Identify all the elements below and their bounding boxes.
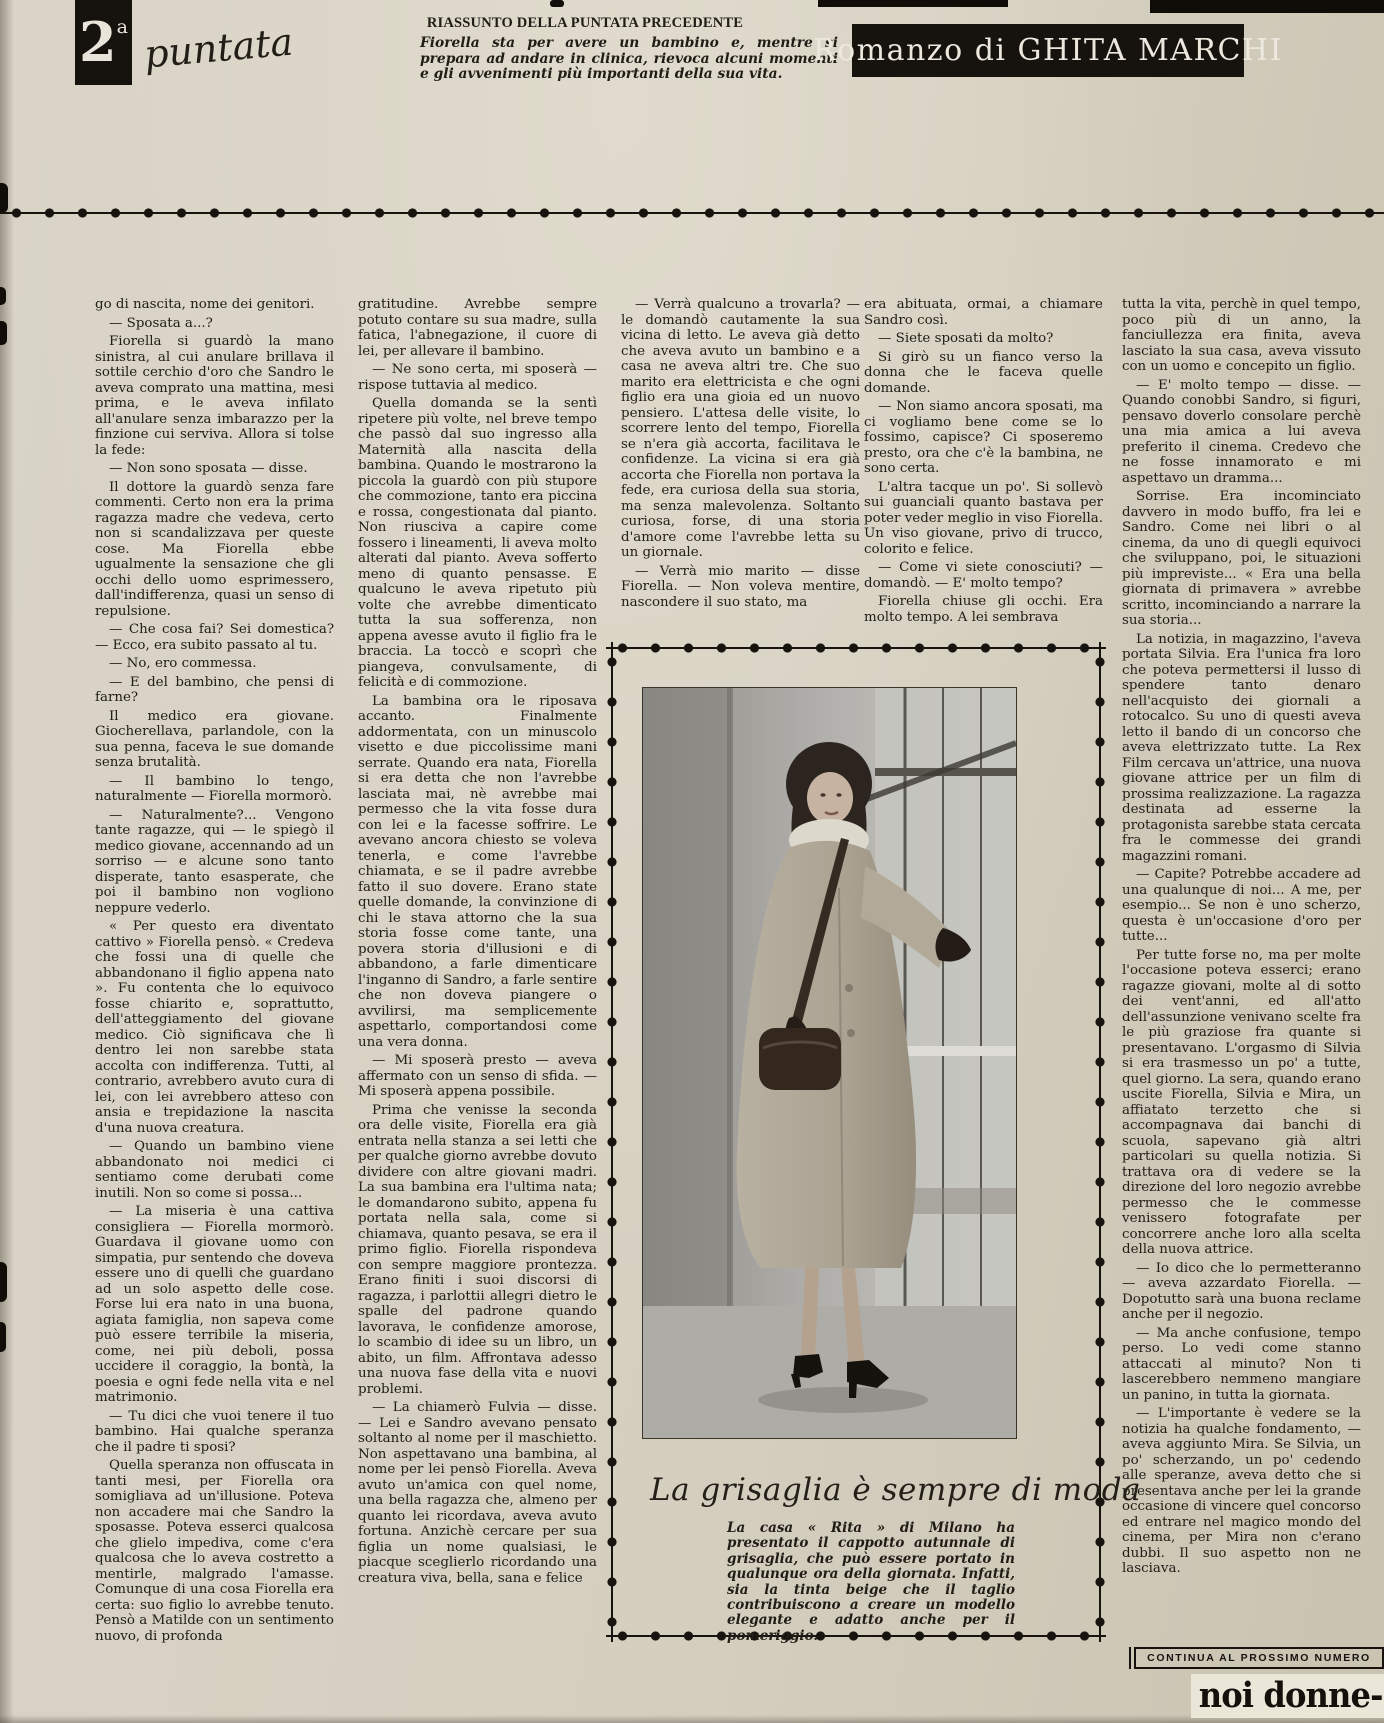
story-paragraph: — Ma anche confusione, tempo perso. Lo v… xyxy=(1122,1326,1361,1404)
fashion-box-border-left xyxy=(606,642,618,1642)
story-column-4: era abituata, ormai, a chiamare Sandro c… xyxy=(864,297,1103,639)
story-paragraph: Prima che venisse la seconda ora delle v… xyxy=(358,1103,597,1398)
recap-title: RIASSUNTO DELLA PUNTATA PRECEDENTE xyxy=(365,15,805,32)
scan-mark xyxy=(0,1322,6,1352)
continua-banner: CONTINUA AL PROSSIMO NUMERO xyxy=(1134,1647,1384,1669)
installment-number: 2 xyxy=(79,10,117,74)
story-column-3: — Verrà qualcuno a trovarla? — le domand… xyxy=(621,297,860,635)
story-paragraph: — Non siamo ancora sposati, ma ci voglia… xyxy=(864,399,1103,477)
fashion-box-border-top xyxy=(606,642,1106,654)
story-paragraph: — Mi sposerà presto — aveva affermato co… xyxy=(358,1053,597,1100)
story-paragraph: — Capite? Potrebbe accadere ad una qualu… xyxy=(1122,867,1361,945)
scan-mark xyxy=(550,0,564,7)
installment-word: puntata xyxy=(142,20,294,77)
fashion-caption-title: La grisaglia è sempre di moda xyxy=(650,1472,1141,1508)
story-paragraph: — Il bambino lo tengo, naturalmente — Fi… xyxy=(95,774,334,805)
story-paragraph: Quella speranza non offuscata in tanti m… xyxy=(95,1458,334,1644)
story-paragraph: Il dottore la guardò senza fare commenti… xyxy=(95,480,334,620)
story-paragraph: — La chiamerò Fulvia — disse. — Lei e Sa… xyxy=(358,1400,597,1586)
bottom-edge-shadow xyxy=(0,1715,1384,1723)
scan-mark xyxy=(0,1262,7,1302)
installment-number-badge: 2a xyxy=(75,0,132,85)
story-column-5: tutta la vita, perchè in quel tempo, poc… xyxy=(1122,297,1361,1629)
story-paragraph: — No, ero commessa. xyxy=(95,656,334,672)
story-paragraph: — Quando un bambino viene abbandonato no… xyxy=(95,1139,334,1201)
story-paragraph: — Non sono sposata — disse. xyxy=(95,461,334,477)
scan-mark xyxy=(0,287,6,305)
story-paragraph: — Sposata a...? xyxy=(95,316,334,332)
fashion-photo xyxy=(642,687,1017,1439)
story-paragraph: La bambina ora le riposava accanto. Fina… xyxy=(358,694,597,1051)
dotted-divider xyxy=(0,207,1384,219)
story-paragraph: — Che cosa fai? Sei domestica? — Ecco, e… xyxy=(95,622,334,653)
story-column-2: gratitudine. Avrebbe sempre potuto conta… xyxy=(358,297,597,1671)
story-paragraph: — Verrà qualcuno a trovarla? — le domand… xyxy=(621,297,860,561)
story-paragraph: Fiorella si guardò la mano sinistra, al … xyxy=(95,334,334,458)
story-paragraph: — Verrà mio marito — disse Fiorella. — N… xyxy=(621,564,860,611)
story-paragraph: gratitudine. Avrebbe sempre potuto conta… xyxy=(358,297,597,359)
fashion-caption-text: La casa « Rita » di Milano ha presentato… xyxy=(727,1521,1015,1644)
story-paragraph: — E' molto tempo — disse. — Quando conob… xyxy=(1122,378,1361,487)
story-paragraph: — Naturalmente?... Vengono tante ragazze… xyxy=(95,808,334,917)
story-paragraph: L'altra tacque un po'. Si sollevò sui gu… xyxy=(864,480,1103,558)
scan-mark xyxy=(818,0,1008,7)
story-paragraph: era abituata, ormai, a chiamare Sandro c… xyxy=(864,297,1103,328)
installment-number-suffix: a xyxy=(117,16,128,38)
story-paragraph: — Io dico che lo permetteranno — aveva a… xyxy=(1122,1261,1361,1323)
story-paragraph: — L'importante è vedere se la notizia ha… xyxy=(1122,1406,1361,1577)
byline-banner: Romanzo di GHITA MARCHI xyxy=(852,24,1244,77)
story-paragraph: Fiorella chiuse gli occhi. Era molto tem… xyxy=(864,594,1103,625)
story-paragraph: — Come vi siete conosciuti? — domandò. —… xyxy=(864,560,1103,591)
recap-text: Fiorella sta per avere un bambino e, men… xyxy=(420,36,838,83)
story-paragraph: Si girò su un fianco verso la donna che … xyxy=(864,350,1103,397)
story-paragraph: Per tutte forse no, ma per molte l'occas… xyxy=(1122,948,1361,1258)
story-paragraph: — E del bambino, che pensi di farne? xyxy=(95,675,334,706)
magazine-page: 2a puntata RIASSUNTO DELLA PUNTATA PRECE… xyxy=(0,0,1384,1723)
left-edge-shadow xyxy=(0,0,14,1723)
story-paragraph: go di nascita, nome dei genitori. xyxy=(95,297,334,313)
story-column-1: go di nascita, nome dei genitori.— Sposa… xyxy=(95,297,334,1675)
story-paragraph: Sorrise. Era incominciato davvero in mod… xyxy=(1122,489,1361,629)
story-paragraph: — La miseria è una cattiva consigliera —… xyxy=(95,1204,334,1406)
story-paragraph: Il medico era giovane. Giocherellava, pa… xyxy=(95,709,334,771)
story-paragraph: — Ne sono certa, mi sposerà — rispose tu… xyxy=(358,362,597,393)
story-paragraph: — Tu dici che vuoi tenere il tuo bambino… xyxy=(95,1409,334,1456)
fashion-photo-illustration xyxy=(643,688,1016,1438)
byline-text: Romanzo di GHITA MARCHI xyxy=(813,33,1283,68)
magazine-logo-patch: noi donne-17 xyxy=(1191,1674,1384,1718)
story-paragraph: La notizia, in magazzino, l'aveva portat… xyxy=(1122,632,1361,865)
scan-mark xyxy=(1150,0,1384,13)
scan-mark xyxy=(0,321,7,345)
story-paragraph: tutta la vita, perchè in quel tempo, poc… xyxy=(1122,297,1361,375)
magazine-page-label: noi donne-17 xyxy=(1199,1674,1377,1718)
story-paragraph: Quella domanda se la sentì ripetere più … xyxy=(358,396,597,691)
story-paragraph: « Per questo era diventato cattivo » Fio… xyxy=(95,919,334,1136)
story-paragraph: — Siete sposati da molto? xyxy=(864,331,1103,347)
